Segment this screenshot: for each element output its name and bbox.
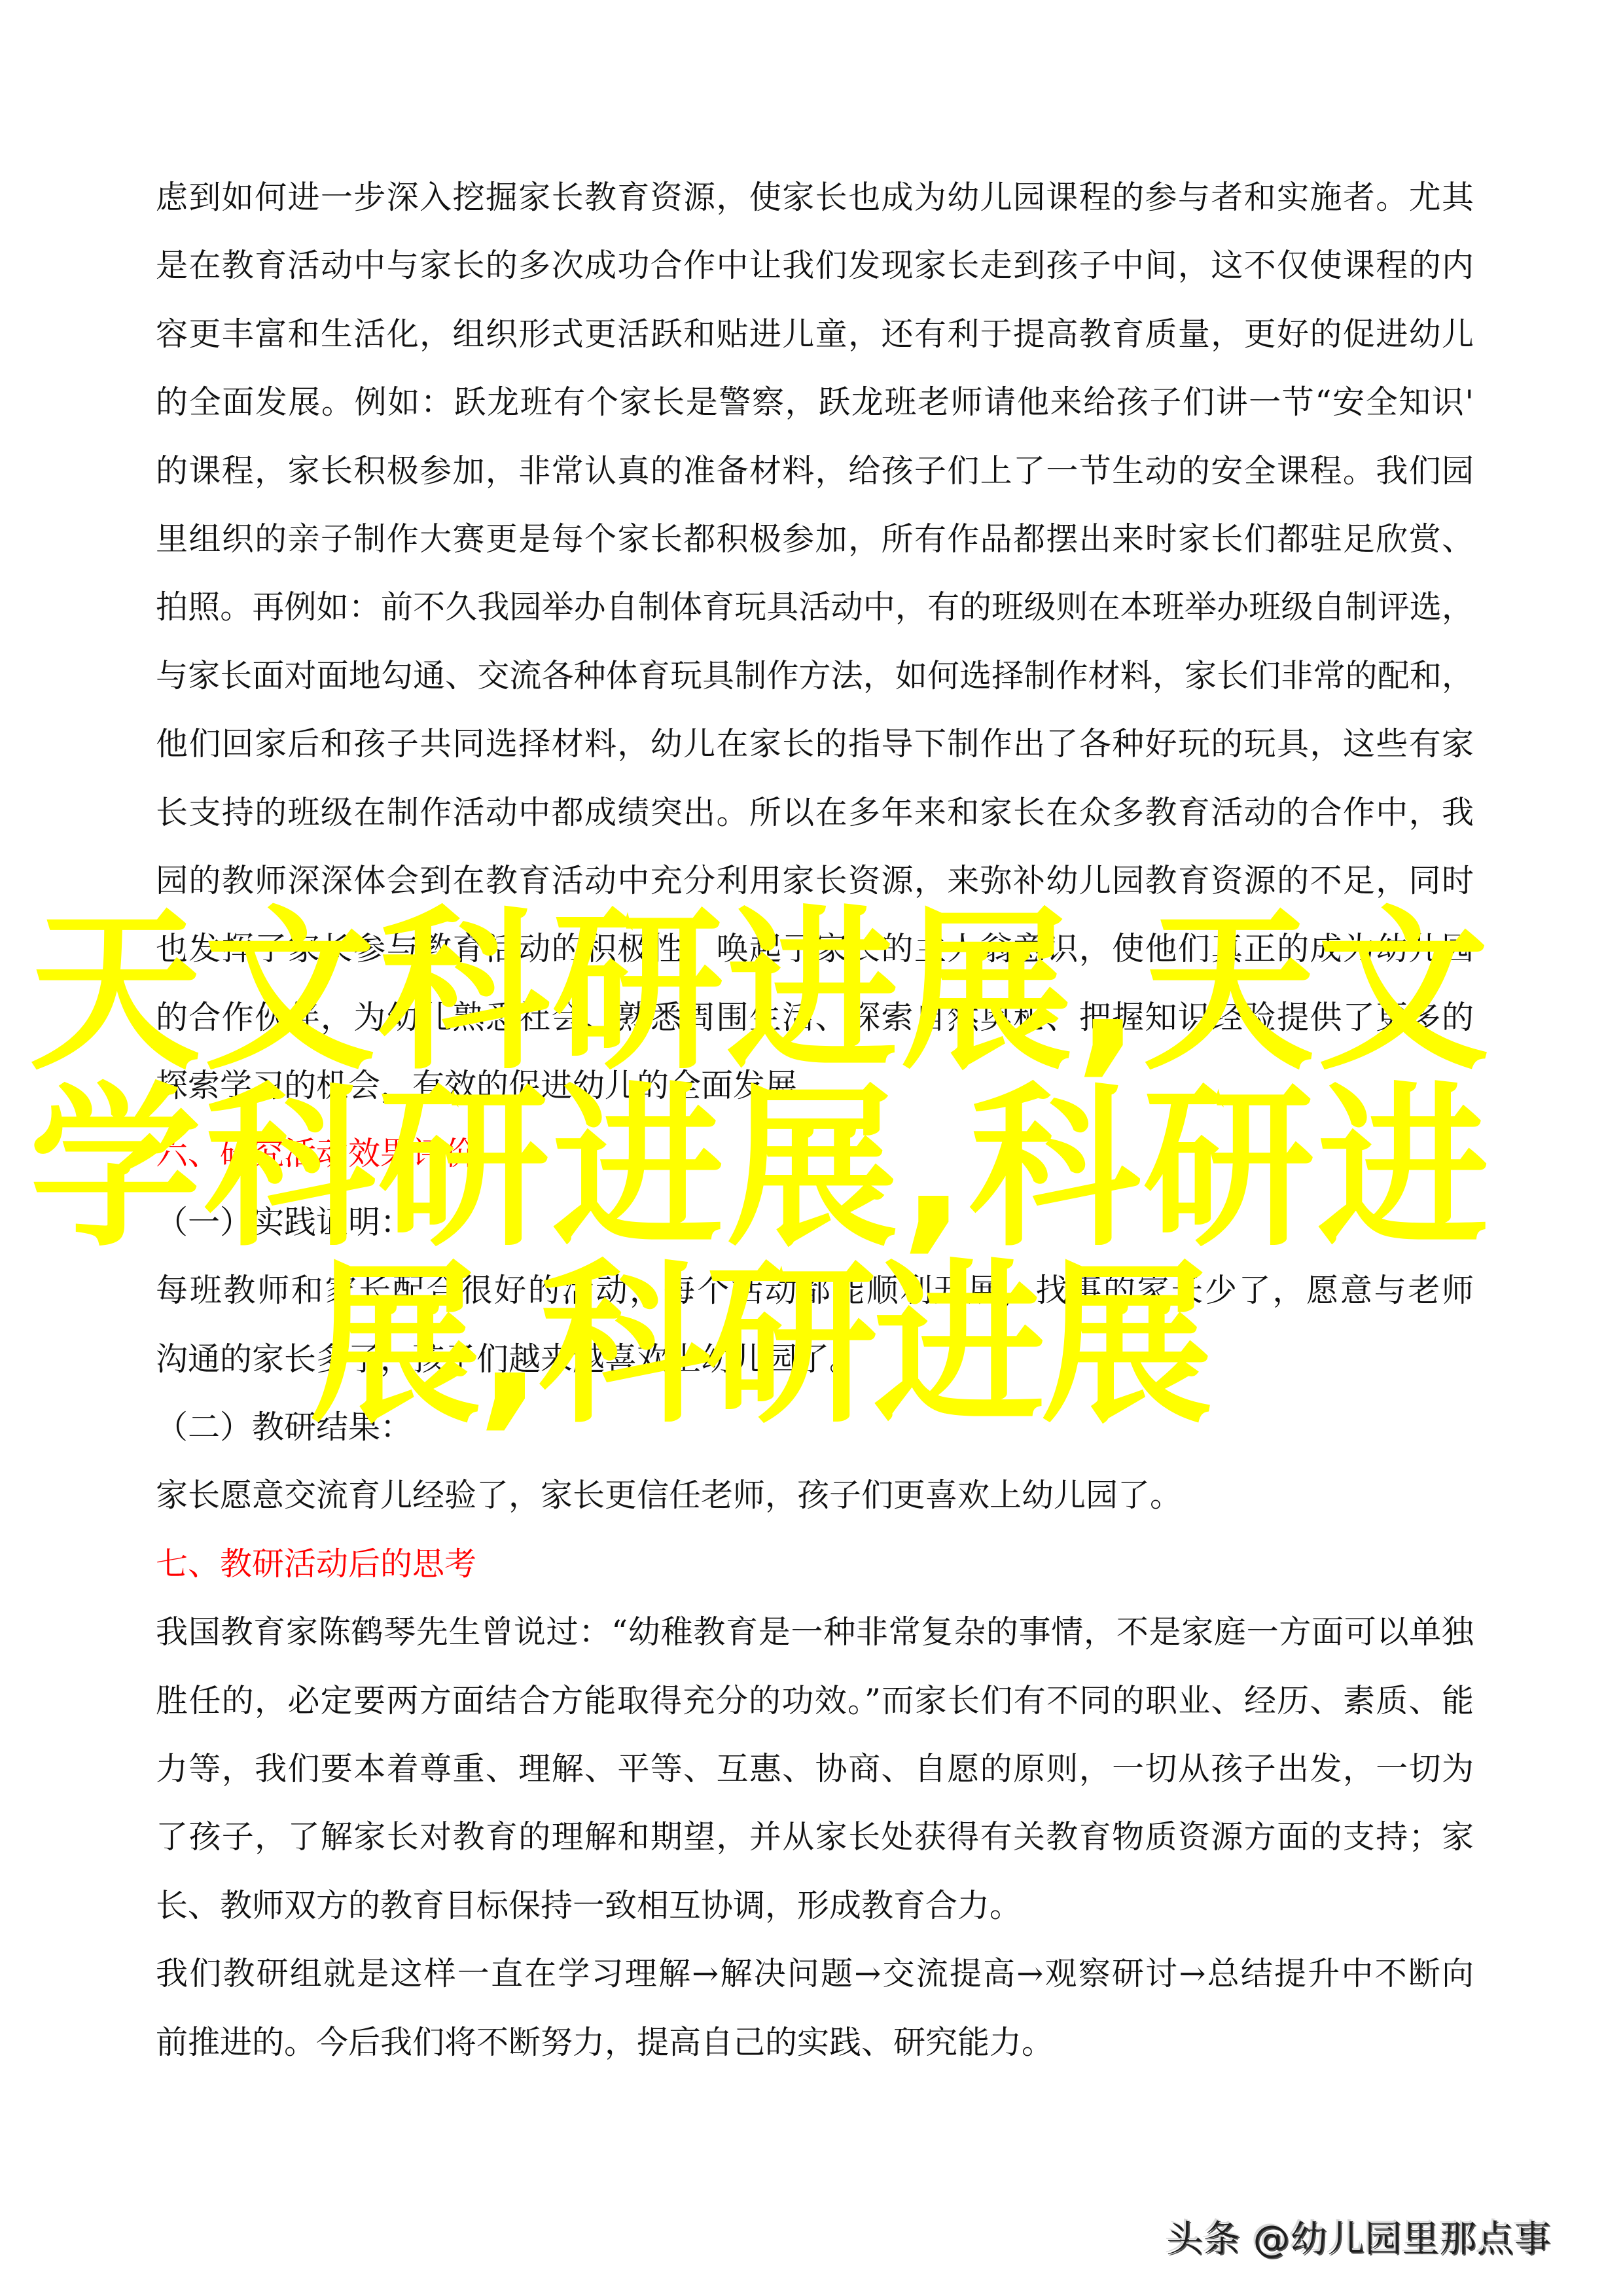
section-6-heading: 六、研究活动效果评价	[156, 1120, 1474, 1188]
subsection-1-title: （一）实践证明：	[156, 1189, 1474, 1257]
source-credit-watermark: 头条 @幼儿园里那点事	[1166, 2219, 1552, 2261]
paragraph-line: 我国教育家陈鹤琴先生曾说过：“幼稚教育是一种非常复杂的事情，不是家庭一方面可以单…	[156, 1598, 1474, 1666]
paragraph-line: 力等，我们要本着尊重、理解、平等、互惠、协商、自愿的原则，一切从孩子出发，一切为	[156, 1735, 1474, 1803]
paragraph-line: 与家长面对面地勾通、交流各种体育玩具制作方法，如何选择制作材料，家长们非常的配和…	[156, 642, 1474, 710]
paragraph-line: 家长愿意交流育儿经验了，家长更信任老师，孩子们更喜欢上幼儿园了。	[156, 1462, 1474, 1530]
section-7-heading: 七、教研活动后的思考	[156, 1530, 1474, 1598]
paragraph-line: 是在教育活动中与家长的多次成功合作中让我们发现家长走到孩子中间，这不仅使课程的内	[156, 232, 1474, 300]
paragraph-line: 的课程，家长积极参加，非常认真的准备材料，给孩子们上了一节生动的安全课程。我们园	[156, 437, 1474, 505]
paragraph-line: 也发挥了家长参与教育活动的积极性，唤起了家长的主人翁意识，使他们真正的成为幼儿园	[156, 915, 1474, 983]
document-body: 虑到如何进一步深入挖掘家长教育资源，使家长也成为幼儿园课程的参与者和实施者。尤其…	[156, 164, 1474, 2077]
paragraph-line: 长、教师双方的教育目标保持一致相互协调，形成教育合力。	[156, 1872, 1474, 1940]
paragraph-line: 前推进的。今后我们将不断努力，提高自己的实践、研究能力。	[156, 2009, 1474, 2077]
paragraph-line: 里组织的亲子制作大赛更是每个家长都积极参加，所有作品都摆出来时家长们都驻足欣赏、	[156, 505, 1474, 573]
paragraph-line: 每班教师和家长配合很好的活动，每个活动都能顺利开展，找事的家长少了，愿意与老师	[156, 1257, 1474, 1325]
paragraph-line: 长支持的班级在制作活动中都成绩突出。所以在多年来和家长在众多教育活动的合作中，我	[156, 779, 1474, 847]
subsection-2-title: （二）教研结果：	[156, 1393, 1474, 1462]
paragraph-line: 的合作伙伴，为幼儿熟悉社会、熟悉周围生活、探索自然奥秘、把握知识经验提供了更多的	[156, 984, 1474, 1052]
document-page: 虑到如何进一步深入挖掘家长教育资源，使家长也成为幼儿园课程的参与者和实施者。尤其…	[0, 0, 1623, 2296]
paragraph-line: 园的教师深深体会到在教育活动中充分利用家长资源，来弥补幼儿园教育资源的不足，同时	[156, 847, 1474, 915]
paragraph-line: 了孩子，了解家长对教育的理解和期望，并从家长处获得有关教育物质资源方面的支持；家	[156, 1803, 1474, 1871]
paragraph-line: 胜任的，必定要两方面结合方能取得充分的功效。”而家长们有不同的职业、经历、素质、…	[156, 1667, 1474, 1735]
paragraph-line: 沟通的家长多了，孩子们越来越喜欢上幼儿园了。	[156, 1325, 1474, 1393]
paragraph-line: 探索学习的机会，有效的促进幼儿的全面发展。	[156, 1052, 1474, 1120]
paragraph-line: 拍照。再例如：前不久我园举办自制体育玩具活动中，有的班级则在本班举办班级自制评选…	[156, 573, 1474, 641]
paragraph-line: 他们回家后和孩子共同选择材料，幼儿在家长的指导下制作出了各种好玩的玩具，这些有家	[156, 710, 1474, 778]
paragraph-line: 容更丰富和生活化，组织形式更活跃和贴进儿童，还有利于提高教育质量，更好的促进幼儿	[156, 300, 1474, 368]
paragraph-line: 我们教研组就是这样一直在学习理解→解决问题→交流提高→观察研讨→总结提升中不断向	[156, 1940, 1474, 2008]
paragraph-line: 虑到如何进一步深入挖掘家长教育资源，使家长也成为幼儿园课程的参与者和实施者。尤其	[156, 164, 1474, 232]
paragraph-line: 的全面发展。例如：跃龙班有个家长是警察，跃龙班老师请他来给孩子们讲一节“安全知识…	[156, 368, 1474, 437]
